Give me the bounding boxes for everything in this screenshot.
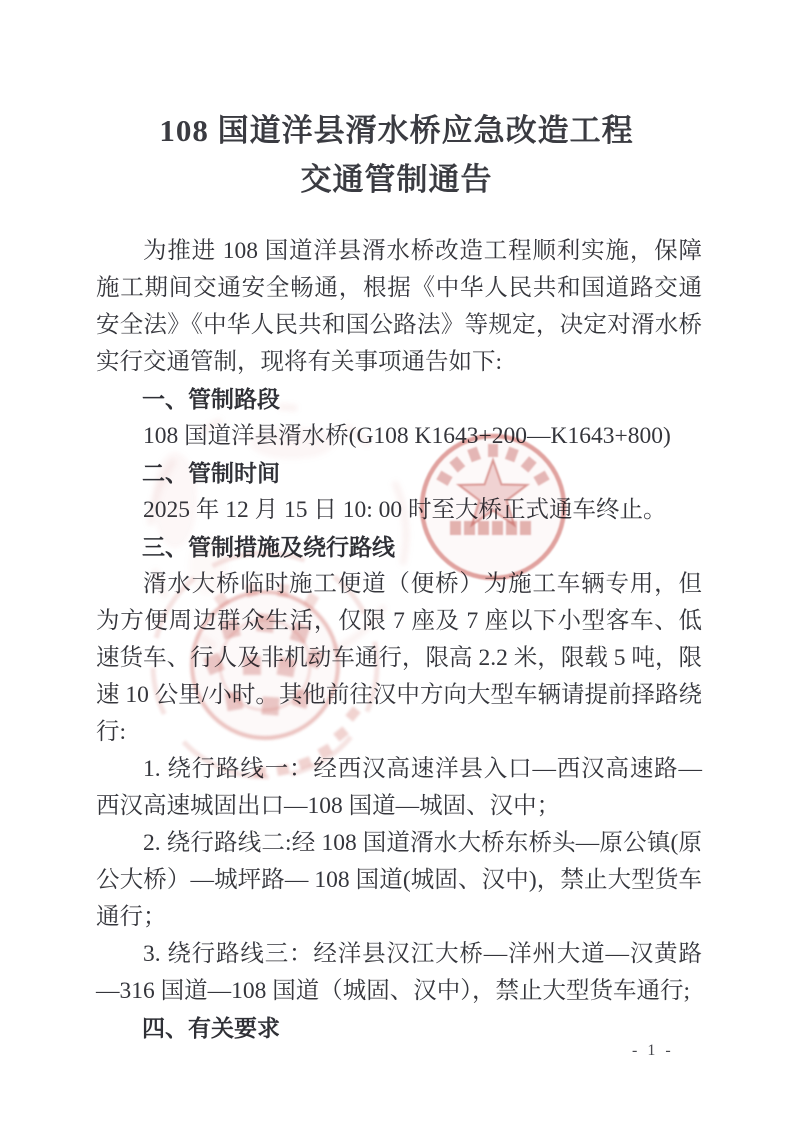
controlled-section-paragraph: 108 国道洋县湑水桥(G108 K1643+200—K1643+800) [96, 418, 702, 455]
intro-paragraph: 为推进 108 国道洋县湑水桥改造工程顺利实施，保障施工期间交通安全畅通，根据《… [96, 233, 702, 381]
section-1-heading: 一、管制路段 [96, 381, 702, 418]
measures-paragraph: 湑水大桥临时施工便道（便桥）为施工车辆专用，但为方便周边群众生活，仅限 7 座及… [96, 566, 702, 751]
document-body: 为推进 108 国道洋县湑水桥改造工程顺利实施，保障施工期间交通安全畅通，根据《… [96, 233, 702, 1047]
document-title-line2: 交通管制通告 [0, 155, 793, 204]
control-time-paragraph: 2025 年 12 月 15 日 10: 00 时至大桥正式通车终止。 [96, 492, 702, 529]
document-title: 108 国道洋县湑水桥应急改造工程 交通管制通告 [0, 106, 793, 204]
document-title-line1: 108 国道洋县湑水桥应急改造工程 [0, 106, 793, 155]
detour-route-1: 1. 绕行路线一：经西汉高速洋县入口—西汉高速路—西汉高速城固出口—108 国道… [96, 751, 702, 825]
detour-route-2: 2. 绕行路线二:经 108 国道湑水大桥东桥头—原公镇(原公大桥）—城坪路— … [96, 825, 702, 936]
section-2-heading: 二、管制时间 [96, 455, 702, 492]
detour-route-3: 3. 绕行路线三：经洋县汉江大桥—洋州大道—汉黄路—316 国道—108 国道（… [96, 936, 702, 1010]
section-4-heading: 四、有关要求 [96, 1010, 702, 1047]
page-number: - 1 - [632, 1042, 674, 1060]
section-3-heading: 三、管制措施及绕行路线 [96, 529, 702, 566]
document-page: 108 国道洋县湑水桥应急改造工程 交通管制通告 为推进 108 国道洋县湑水桥… [0, 0, 793, 1123]
